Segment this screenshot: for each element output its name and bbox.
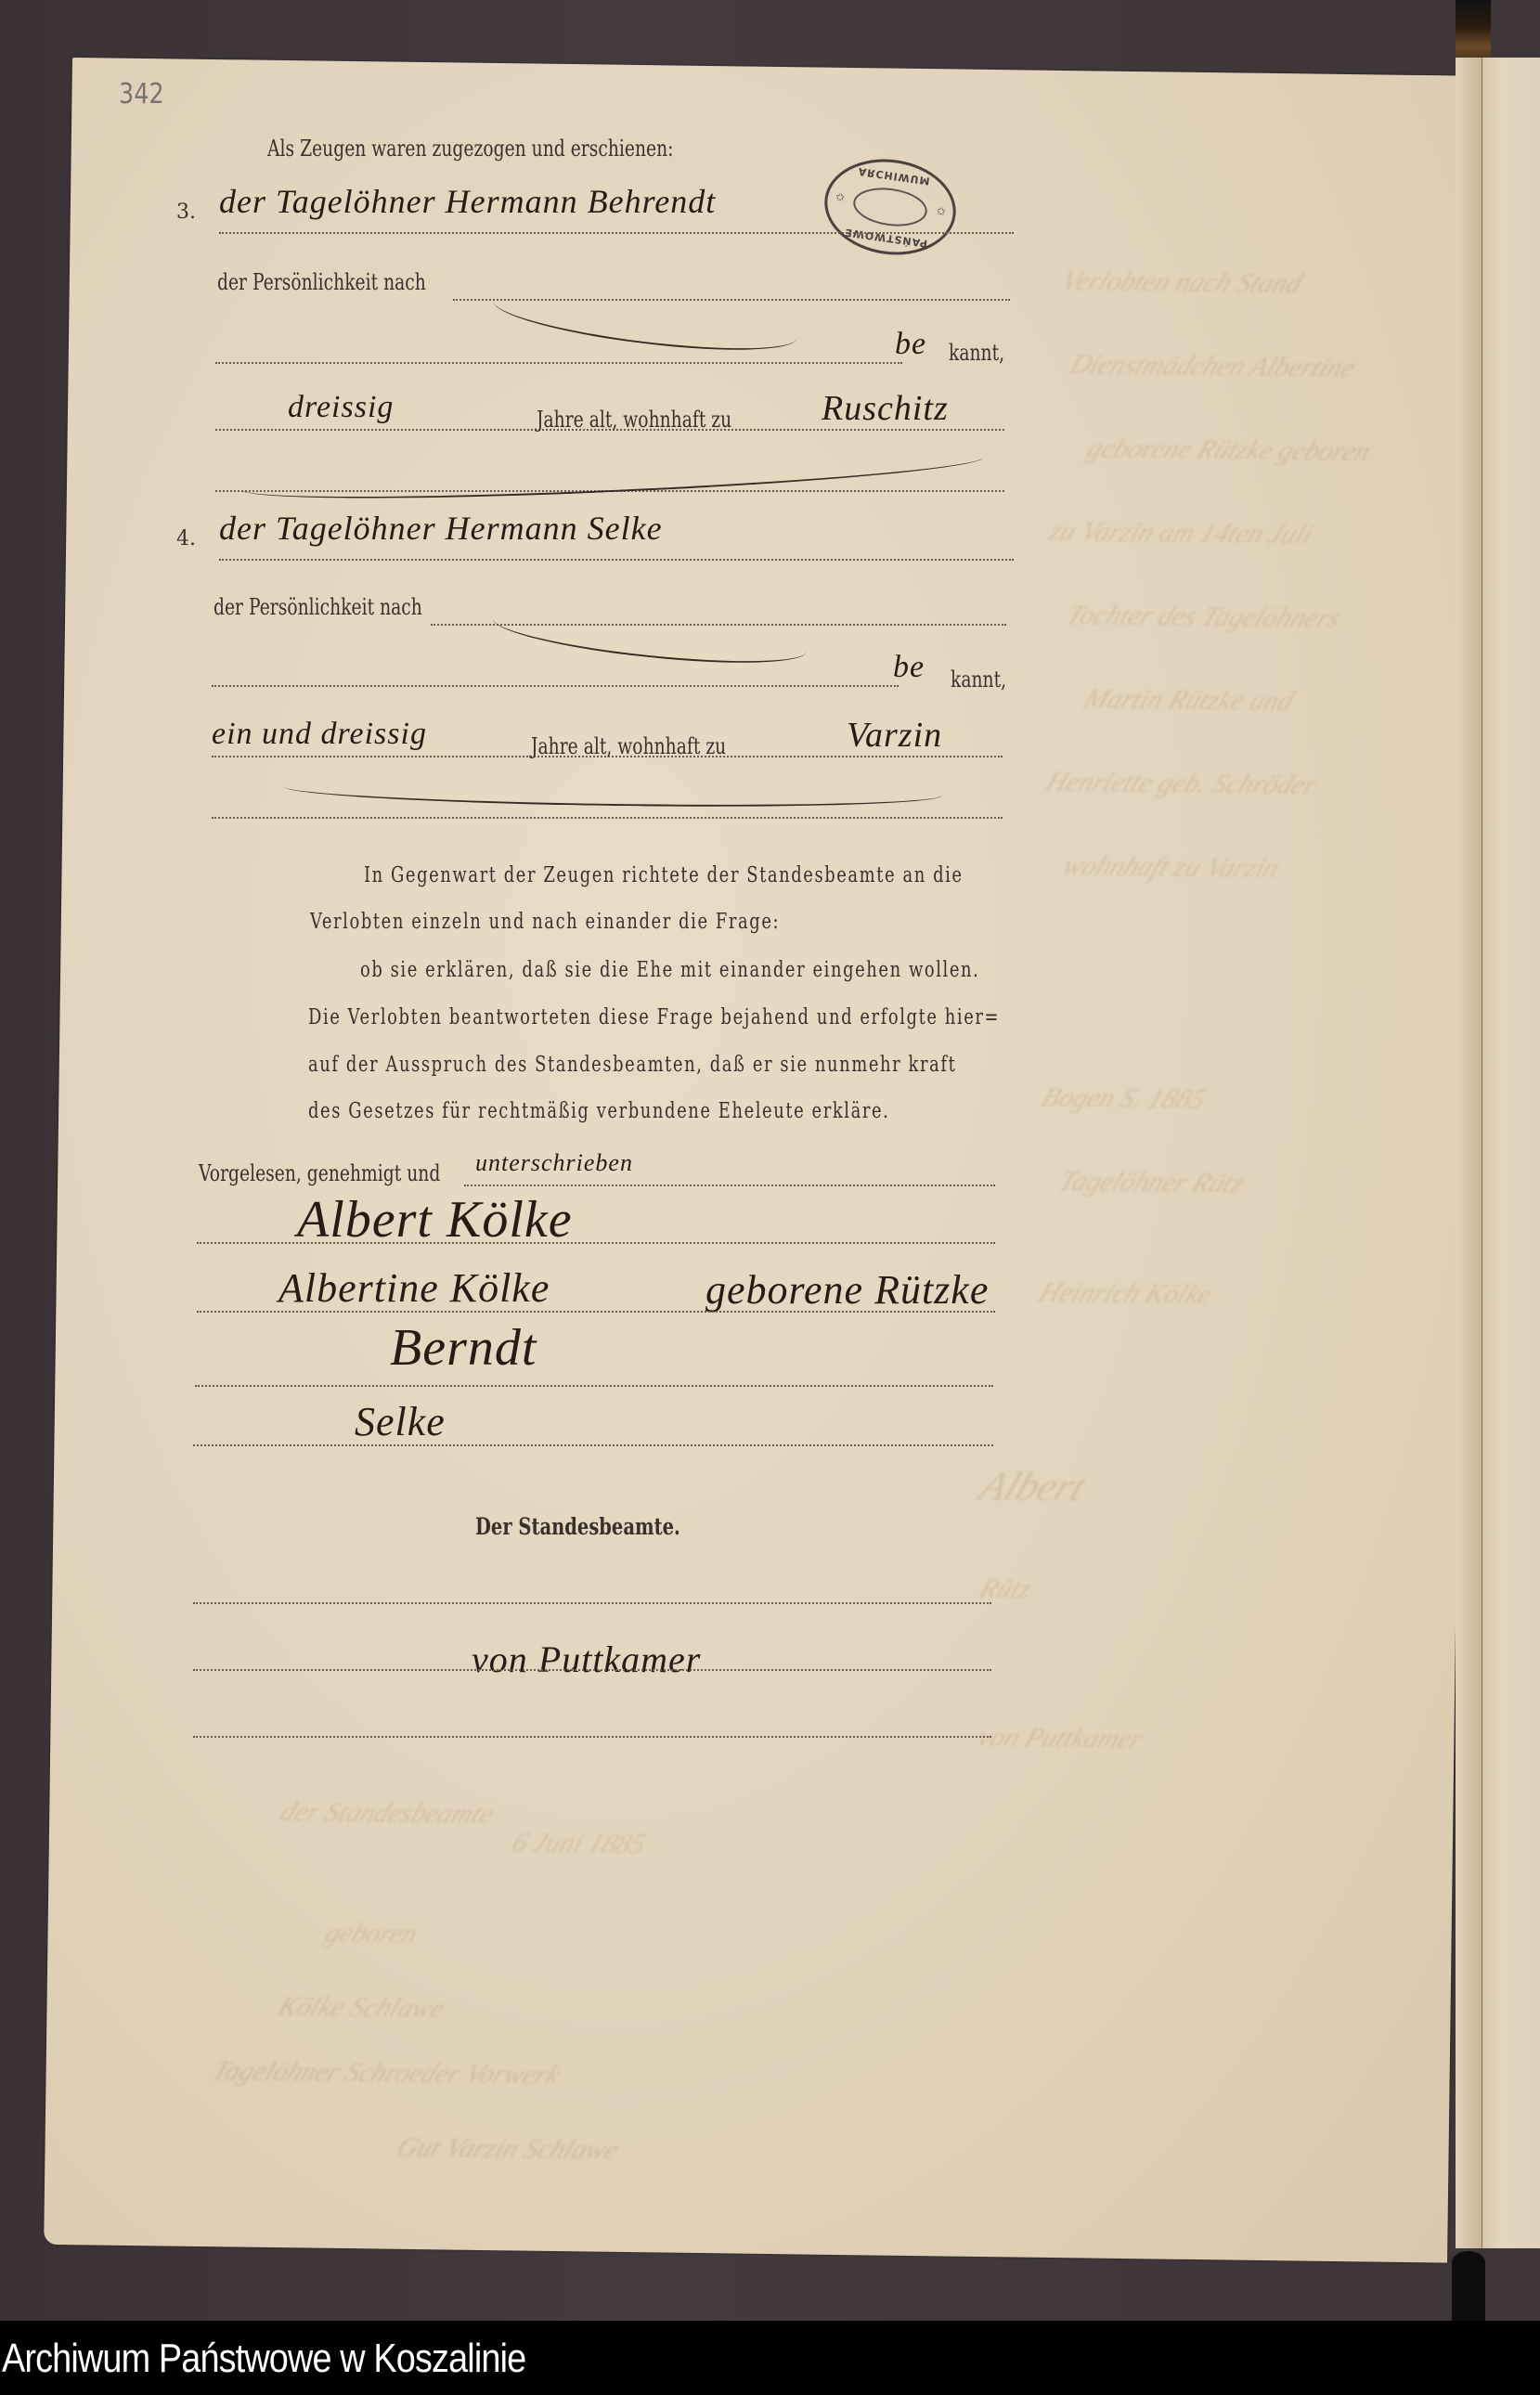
age-label: Jahre alt, wohnhaft zu	[537, 407, 731, 433]
form-line	[219, 559, 1014, 561]
book-gutter	[1456, 58, 1482, 2248]
signature-witness-3: Berndt	[390, 1318, 537, 1378]
form-line	[193, 1669, 991, 1671]
witness-residence: Varzin	[847, 715, 942, 756]
bleed-through-text: Rütz	[975, 1573, 1036, 1606]
ceremony-line: Verlobten einzeln und nach einander die …	[310, 910, 780, 934]
bleed-through-text: Henriette geb. Schröder	[1041, 767, 1321, 802]
bleed-through-text: wohnhaft zu Varzin	[1058, 850, 1284, 885]
bleed-through-text: Kölke Schlawe	[273, 1991, 449, 2025]
witness-number: 4.	[176, 527, 196, 550]
stamp-inner-ring	[851, 184, 930, 231]
approval-label: Vorgelesen, genehmigt und	[199, 1160, 440, 1186]
bleed-through-text: geborene Rützke geboren	[1082, 433, 1375, 468]
witness-residence: Ruschitz	[822, 388, 949, 429]
witness-age: dreissig	[288, 390, 394, 425]
known-prefix: be	[895, 327, 926, 362]
next-page-edge	[1482, 58, 1540, 2248]
signature-bride-maiden: geborene Rützke	[705, 1266, 989, 1314]
book-spine-bottom	[1452, 2251, 1485, 2321]
bleed-through-text: Tagelöhner Schroeder Vorwerk	[207, 2055, 565, 2091]
form-line	[212, 685, 899, 687]
form-line	[193, 1736, 991, 1738]
bleed-through-text: geboren	[320, 1918, 422, 1950]
bleed-through-text: Gut Varzin Schlawe	[392, 2132, 623, 2167]
age-label: Jahre alt, wohnhaft zu	[531, 733, 726, 759]
bleed-through-text: Martin Rützke und	[1080, 683, 1299, 718]
witness-age: ein und dreissig	[212, 717, 427, 752]
bleed-through-text: Verlobten nach Stand	[1057, 265, 1307, 300]
ceremony-line: ob sie erklären, daß sie die Ehe mit ein…	[360, 958, 979, 982]
ceremony-line: Die Verlobten beantworteten diese Frage …	[308, 1005, 1000, 1029]
form-line	[197, 1242, 995, 1244]
approval-handwritten: unterschrieben	[475, 1149, 633, 1177]
witness-number: 3.	[176, 201, 196, 224]
bleed-through-text: Dienstmädchen Albertine	[1065, 349, 1360, 384]
known-suffix: kannt,	[951, 667, 1006, 693]
signature-witness-4: Selke	[355, 1398, 446, 1445]
form-line	[193, 1444, 993, 1446]
form-line	[195, 1385, 993, 1387]
known-prefix: be	[893, 650, 925, 685]
bleed-through-text: von Puttkamer	[973, 1722, 1148, 1755]
witnesses-heading: Als Zeugen waren zugezogen und erschiene…	[267, 136, 673, 162]
form-line	[215, 362, 902, 364]
form-line	[193, 1602, 991, 1604]
witness-name: der Tagelöhner Hermann Behrendt	[219, 182, 716, 221]
known-suffix: kannt,	[949, 340, 1004, 366]
ceremony-line: In Gegenwart der Zeugen richtete der Sta…	[364, 863, 964, 887]
signature-groom: Albert Kölke	[297, 1190, 573, 1249]
bleed-through-text: 6 Juni 1885	[507, 1827, 650, 1860]
archive-name: Archiwum Państwowe w Koszalinie	[2, 2336, 525, 2382]
form-line	[219, 232, 1014, 234]
ceremony-line: des Gesetzes für rechtmäßig verbundene E…	[308, 1099, 889, 1123]
signature-bride: Albertine Kölke	[278, 1264, 550, 1312]
bleed-through-text: zu Varzin am 14ten Juli	[1044, 516, 1317, 551]
bleed-through-text: Bogen S. 1885	[1037, 1082, 1210, 1116]
bleed-through-text: Tagelöhner Rütz	[1055, 1166, 1249, 1199]
ceremony-line: auf der Ausspruch des Standesbeamten, da…	[308, 1053, 956, 1077]
form-line	[464, 1185, 995, 1186]
bleed-through-text: der Standesbeamte	[276, 1796, 498, 1831]
star-icon: ✩	[936, 204, 947, 218]
registrar-title: Der Standesbeamte.	[475, 1513, 680, 1540]
identity-label: der Persönlichkeit nach	[214, 594, 422, 620]
bleed-through-text: Albert	[973, 1462, 1093, 1510]
folio-number: 342	[119, 78, 164, 110]
bleed-through-text: Heinrich Kölke	[1034, 1277, 1217, 1311]
form-line	[197, 1311, 995, 1313]
registrar-signature: von Puttkamer	[472, 1638, 701, 1681]
identity-label: der Persönlichkeit nach	[217, 269, 426, 295]
witness-name: der Tagelöhner Hermann Selke	[219, 509, 663, 548]
star-icon: ✩	[835, 190, 846, 204]
form-line	[212, 817, 1003, 819]
bleed-through-text: Tochter des Tagelöhners	[1062, 600, 1346, 635]
